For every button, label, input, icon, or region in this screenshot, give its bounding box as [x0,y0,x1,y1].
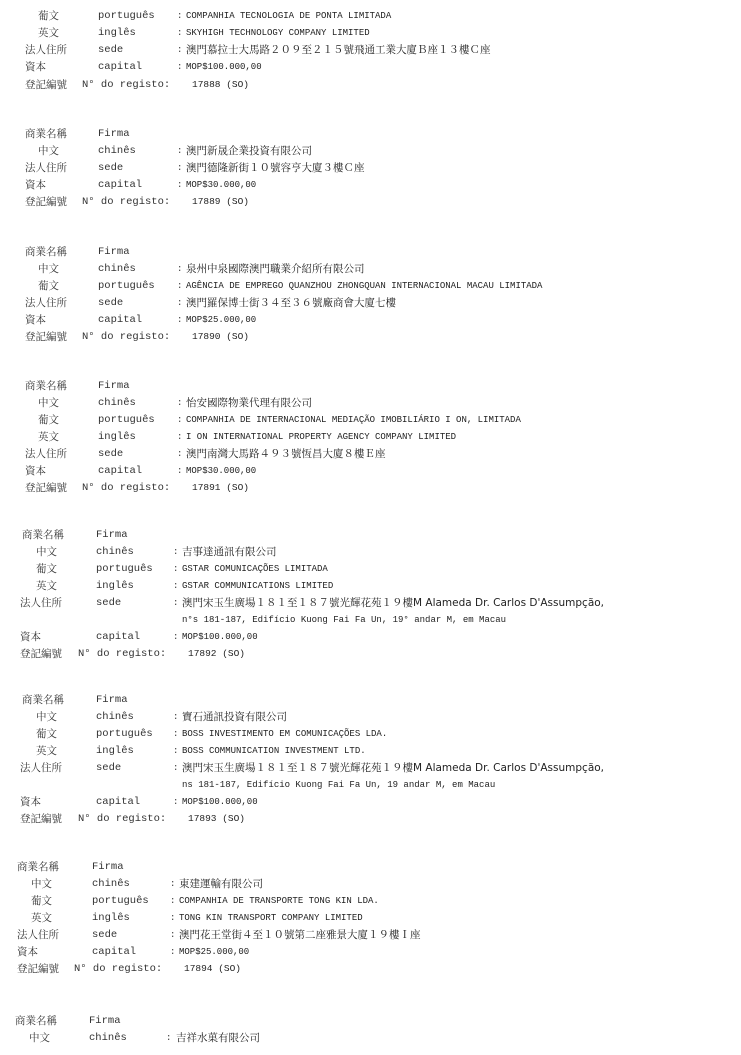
portugues-label-zh: 葡文 [36,561,57,577]
ingles-name: GSTAR COMMUNICATIONS LIMITED [182,578,333,594]
chines-label-zh: 中文 [36,544,57,560]
registo-label-zh: 登記編號 [25,194,67,210]
portugues-label-zh: 葡文 [38,278,59,294]
portugues-label-zh: 葡文 [31,893,52,909]
registo-label-pt: N° do registo: [74,961,162,977]
chines-label-pt: chinês [98,143,136,159]
registo-label-pt: N° do registo: [82,194,170,210]
sede-label-pt: sede [96,595,121,611]
sede-label-zh: 法人住所 [25,42,67,58]
capital-label-pt: capital [98,177,142,193]
capital-label-zh: 資本 [25,312,46,328]
colon: : [173,578,178,594]
chines-name: 東建運輸有限公司 [179,876,263,892]
portugues-label-zh: 葡文 [36,726,57,742]
chines-label-zh: 中文 [38,261,59,277]
colon: : [177,412,182,428]
sede-label-zh: 法人住所 [25,160,67,176]
portugues-name: COMPANHIA DE INTERNACIONAL MEDIAÇÃO IMOB… [186,412,521,428]
chines-label-pt: chinês [89,1030,127,1046]
chines-label-zh: 中文 [38,143,59,159]
colon: : [166,1030,171,1046]
capital-label-pt: capital [96,794,140,810]
sede-label-zh: 法人住所 [25,446,67,462]
capital-value: MOP$25.000,00 [186,312,256,328]
registo-label-pt: N° do registo: [82,480,170,496]
capital-value: MOP$100.000,00 [182,629,258,645]
sede-address: 澳門宋玉生廣場１８１至１８７號光輝花苑１９樓M Alameda Dr. Carl… [182,595,604,611]
firma-label-zh: 商業名稱 [15,1013,57,1029]
ingles-name: TONG KIN TRANSPORT COMPANY LIMITED [179,910,363,926]
portugues-label-pt: português [96,726,153,742]
portugues-label-zh: 葡文 [38,412,59,428]
chines-name: 泉州中泉國際澳門職業介紹所有限公司 [186,261,365,277]
registo-label-pt: N° do registo: [78,811,166,827]
colon: : [177,160,182,176]
firma-label-pt: Firma [92,859,124,875]
sede-address-line2: ns 181-187, Edifício Kuong Fai Fa Un, 19… [182,777,495,793]
capital-label-zh: 資本 [25,463,46,479]
sede-label-zh: 法人住所 [20,595,62,611]
portugues-label-pt: português [98,8,155,24]
colon: : [177,429,182,445]
firma-label-pt: Firma [96,692,128,708]
ingles-name: SKYHIGH TECHNOLOGY COMPANY LIMITED [186,25,370,41]
firma-label-pt: Firma [96,527,128,543]
capital-value: MOP$100.000,00 [186,59,262,75]
chines-name: 澳門新晟企業投資有限公司 [186,143,312,159]
registo-number: 17893 (SO) [188,811,245,827]
capital-value: MOP$100.000,00 [182,794,258,810]
sede-address: 澳門花王堂街４至１０號第二座雅景大廈１９樓Ｉ座 [179,927,421,943]
colon: : [173,595,178,611]
portugues-name: GSTAR COMUNICAÇÕES LIMITADA [182,561,328,577]
firma-label-zh: 商業名稱 [25,244,67,260]
chines-label-zh: 中文 [29,1030,50,1046]
sede-address: 澳門羅保博士街３４至３６號廠商會大廈七樓 [186,295,396,311]
firma-label-pt: Firma [98,126,130,142]
colon: : [177,8,182,24]
colon: : [170,876,175,892]
capital-value: MOP$25.000,00 [179,944,249,960]
sede-address: 澳門宋玉生廣場１８１至１８７號光輝花苑１９樓M Alameda Dr. Carl… [182,760,604,776]
colon: : [173,561,178,577]
portugues-name: COMPANHIA TECNOLOGIA DE PONTA LIMITADA [186,8,391,24]
registo-label-zh: 登記編號 [25,77,67,93]
registo-label-pt: N° do registo: [78,646,166,662]
ingles-label-zh: 英文 [36,578,57,594]
chines-label-pt: chinês [92,876,130,892]
portugues-name: AGÊNCIA DE EMPREGO QUANZHOU ZHONGQUAN IN… [186,278,542,294]
registo-number: 17888 (SO) [192,77,249,93]
capital-label-pt: capital [98,312,142,328]
colon: : [173,760,178,776]
chines-label-pt: chinês [96,709,134,725]
colon: : [177,395,182,411]
registo-number: 17891 (SO) [192,480,249,496]
firma-label-zh: 商業名稱 [22,527,64,543]
ingles-label-zh: 英文 [31,910,52,926]
registo-number: 17892 (SO) [188,646,245,662]
capital-label-zh: 資本 [17,944,38,960]
colon: : [177,42,182,58]
sede-label-pt: sede [98,42,123,58]
sede-label-pt: sede [96,760,121,776]
sede-label-pt: sede [98,160,123,176]
chines-label-pt: chinês [96,544,134,560]
ingles-label-pt: inglês [96,578,134,594]
registo-label-zh: 登記編號 [25,480,67,496]
firma-label-zh: 商業名稱 [25,126,67,142]
capital-value: MOP$30.000,00 [186,177,256,193]
colon: : [177,312,182,328]
ingles-label-pt: inglês [96,743,134,759]
ingles-label-pt: inglês [98,429,136,445]
firma-label-zh: 商業名稱 [17,859,59,875]
chines-name: 怡安國際物業代理有限公司 [186,395,312,411]
sede-label-pt: sede [92,927,117,943]
colon: : [170,927,175,943]
registo-number: 17894 (SO) [184,961,241,977]
ingles-label-zh: 英文 [36,743,57,759]
registo-number: 17889 (SO) [192,194,249,210]
chines-label-pt: chinês [98,395,136,411]
ingles-label-zh: 英文 [38,25,59,41]
ingles-label-pt: inglês [92,910,130,926]
sede-label-pt: sede [98,446,123,462]
chines-label-zh: 中文 [36,709,57,725]
capital-label-zh: 資本 [25,177,46,193]
firma-label-pt: Firma [89,1013,121,1029]
colon: : [173,709,178,725]
colon: : [177,261,182,277]
chines-label-zh: 中文 [38,395,59,411]
colon: : [173,743,178,759]
capital-label-pt: capital [96,629,140,645]
sede-label-pt: sede [98,295,123,311]
ingles-label-pt: inglês [98,25,136,41]
colon: : [173,629,178,645]
ingles-label-zh: 英文 [38,429,59,445]
portugues-label-pt: português [98,278,155,294]
portugues-name: COMPANHIA DE TRANSPORTE TONG KIN LDA. [179,893,379,909]
capital-value: MOP$30.000,00 [186,463,256,479]
firma-label-pt: Firma [98,378,130,394]
colon: : [170,893,175,909]
registo-label-zh: 登記編號 [20,811,62,827]
capital-label-zh: 資本 [20,629,41,645]
portugues-label-zh: 葡文 [38,8,59,24]
registo-label-pt: N° do registo: [82,329,170,345]
capital-label-zh: 資本 [20,794,41,810]
sede-address: 澳門德隆新街１０號容亨大廈３樓Ｃ座 [186,160,365,176]
sede-address: 澳門慕拉士大馬路２０９至２１５號飛通工業大廈Ｂ座１３樓Ｃ座 [186,42,491,58]
sede-label-zh: 法人住所 [25,295,67,311]
ingles-name: I ON INTERNATIONAL PROPERTY AGENCY COMPA… [186,429,456,445]
firma-label-pt: Firma [98,244,130,260]
chines-name: 吉事達通訊有限公司 [182,544,277,560]
ingles-name: BOSS COMMUNICATION INVESTMENT LTD. [182,743,366,759]
colon: : [177,463,182,479]
portugues-label-pt: português [98,412,155,428]
colon: : [173,544,178,560]
colon: : [170,944,175,960]
chines-name: 寶石通訊投資有限公司 [182,709,287,725]
portugues-label-pt: português [96,561,153,577]
firma-label-zh: 商業名稱 [22,692,64,708]
registo-number: 17890 (SO) [192,329,249,345]
registo-label-zh: 登記編號 [17,961,59,977]
colon: : [173,794,178,810]
colon: : [173,726,178,742]
colon: : [177,446,182,462]
registo-label-zh: 登記編號 [25,329,67,345]
colon: : [177,177,182,193]
registo-label-zh: 登記編號 [20,646,62,662]
colon: : [177,295,182,311]
registo-label-pt: N° do registo: [82,77,170,93]
chines-label-pt: chinês [98,261,136,277]
capital-label-pt: capital [92,944,136,960]
colon: : [170,910,175,926]
sede-address-line2: n°s 181-187, Edifício Kuong Fai Fa Un, 1… [182,612,506,628]
colon: : [177,59,182,75]
chines-label-zh: 中文 [31,876,52,892]
portugues-name: BOSS INVESTIMENTO EM COMUNICAÇÕES LDA. [182,726,387,742]
firma-label-zh: 商業名稱 [25,378,67,394]
colon: : [177,25,182,41]
capital-label-pt: capital [98,463,142,479]
sede-address: 澳門南灣大馬路４９３號恆昌大廈８樓Ｅ座 [186,446,386,462]
colon: : [177,278,182,294]
chines-name: 吉祥水菓有限公司 [176,1030,260,1046]
sede-label-zh: 法人住所 [17,927,59,943]
colon: : [177,143,182,159]
capital-label-pt: capital [98,59,142,75]
sede-label-zh: 法人住所 [20,760,62,776]
portugues-label-pt: português [92,893,149,909]
capital-label-zh: 資本 [25,59,46,75]
